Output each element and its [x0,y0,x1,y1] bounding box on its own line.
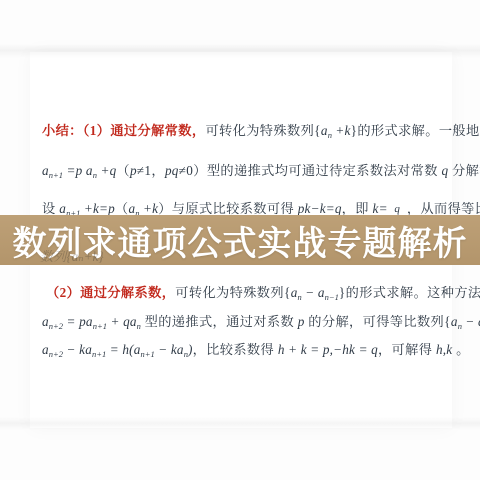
method2-line-2: an+2 = pan+1 + qan 型的递推式，通过对系数 p 的分解，可得等… [42,312,480,336]
summary-line-2: an+1 =p an +q（p≠1，pq≠0）型的递推式均可通过待定系数法对常数… [42,161,480,185]
page-top-edge-shadow [0,44,480,58]
photographed-document-page: 小结：（1）通过分解常数，可转化为特殊数列{an +k}的形式求解。一般地，形如… [0,0,480,480]
overlay-title-banner: 数列求通项公式实战专题解析 [0,215,480,265]
page-bottom-edge-shadow [0,417,480,430]
method2-line-1: （2）通过分解系数，可转化为特殊数列{an − an−1}的形式求解。这种方法适… [46,283,480,307]
summary-line-1: 小结：（1）通过分解常数，可转化为特殊数列{an +k}的形式求解。一般地，形如 [42,121,480,145]
method2-line-3: an+2 − kan+1 = h(an+1 − kan)，比较系数得 h + k… [42,340,470,364]
banner-title-text: 数列求通项公式实战专题解析 [13,216,468,265]
